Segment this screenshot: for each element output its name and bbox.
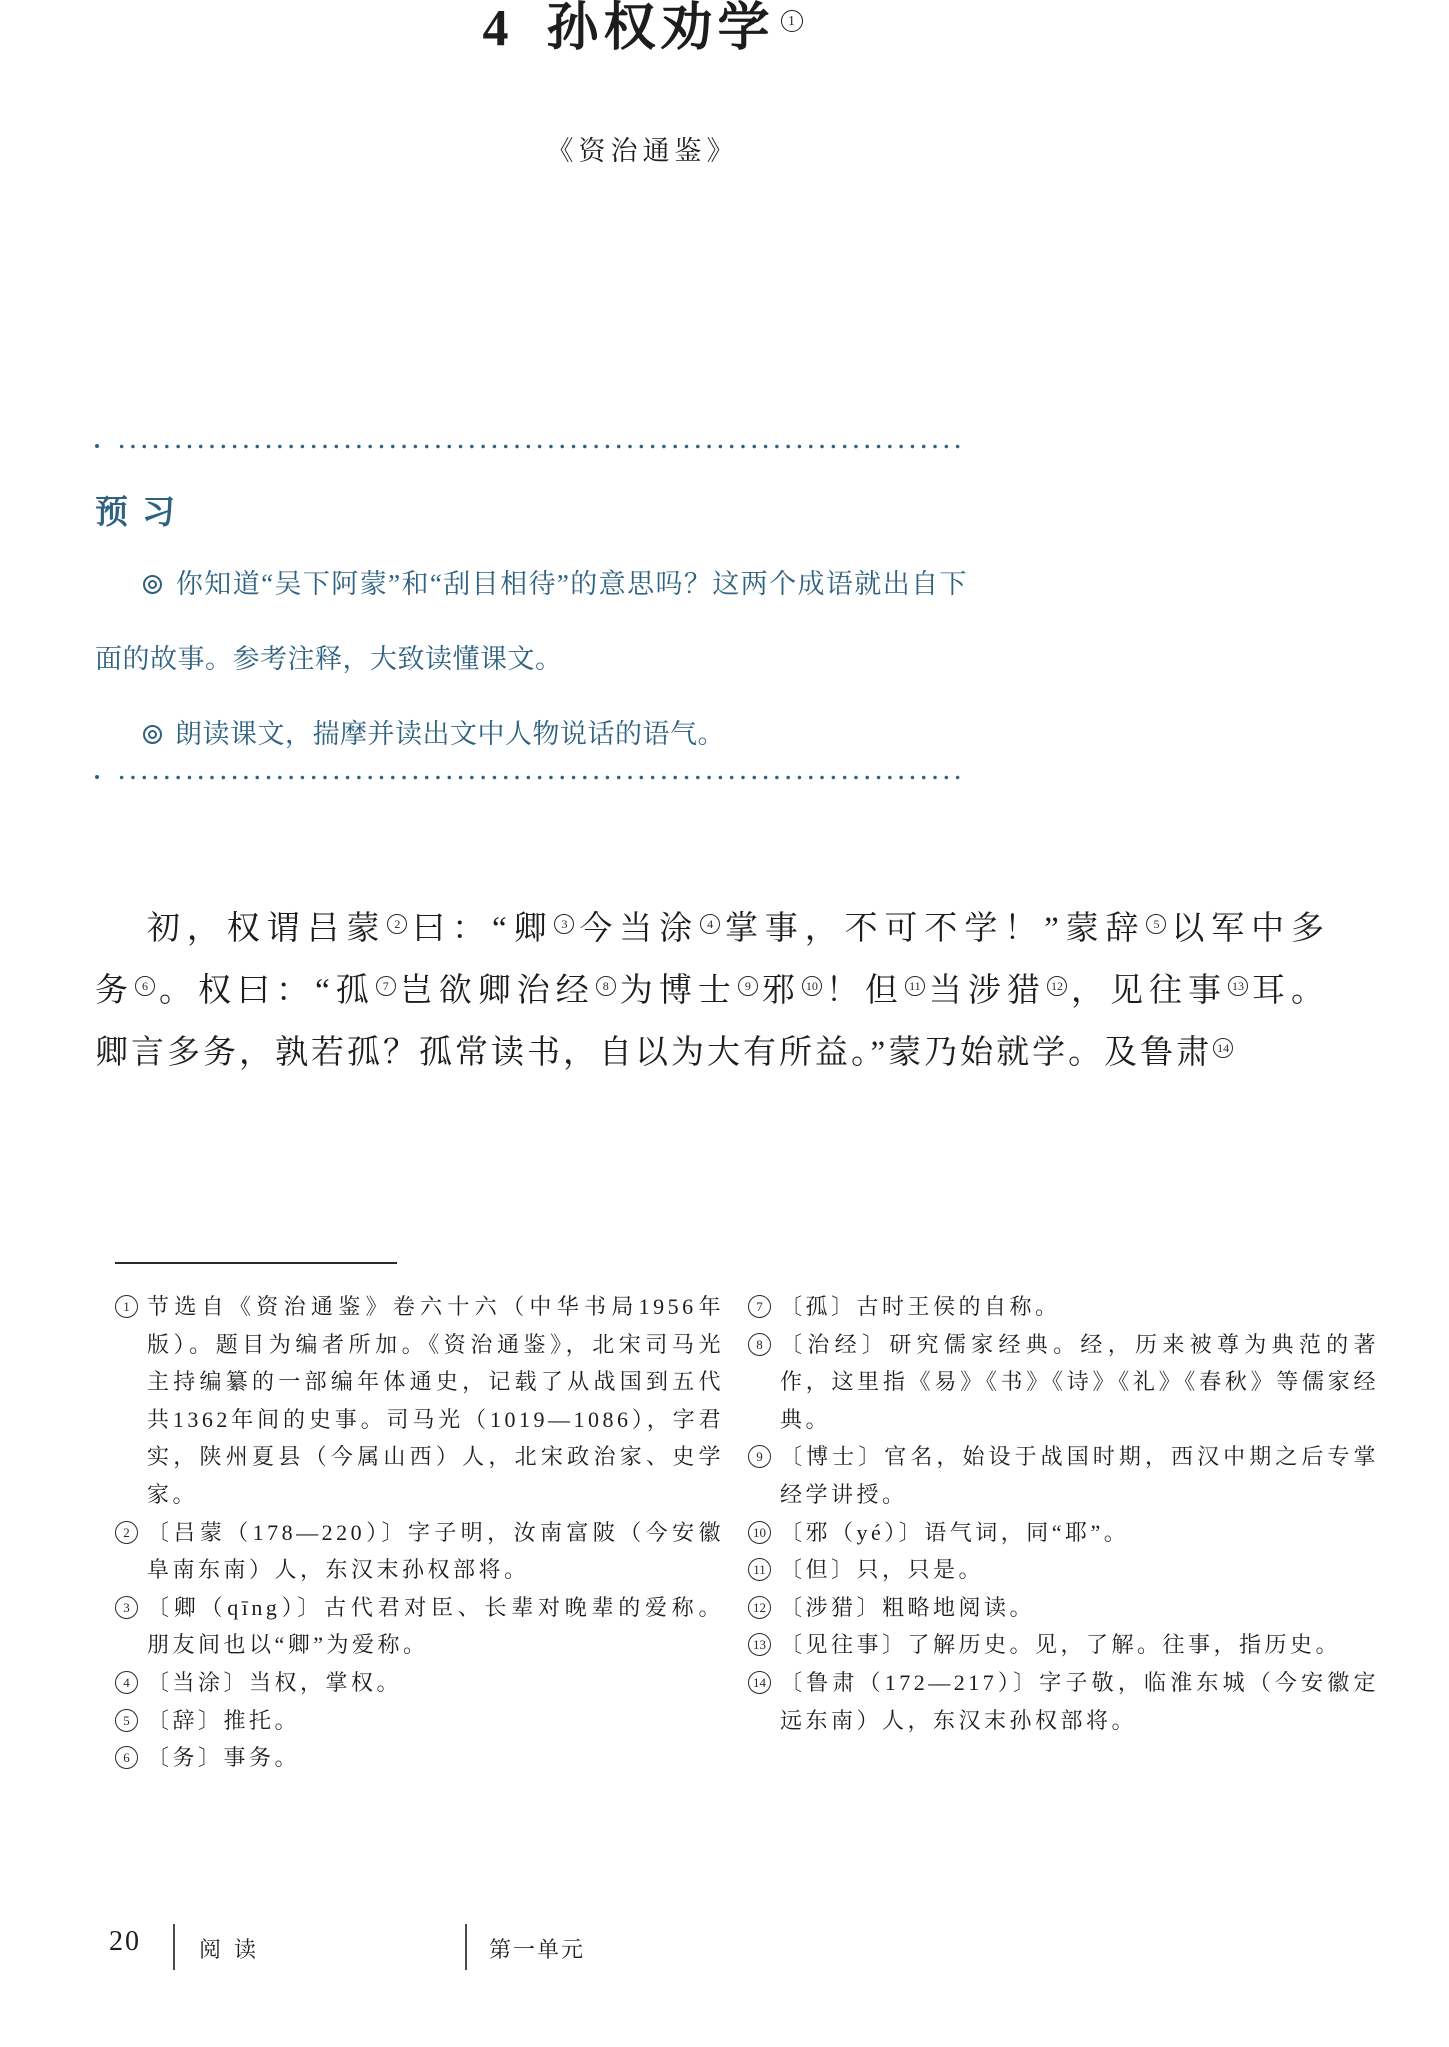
dotted-rule bbox=[116, 775, 967, 780]
preview-section: 预习 你知道“吴下阿蒙”和“刮目相待”的意思吗？这两个成语就出自下面的故事。参考… bbox=[95, 443, 967, 780]
footer-divider-1 bbox=[173, 1924, 175, 1970]
footnote-number-icon: 5 bbox=[115, 1709, 138, 1732]
footnote-text: 〔当涂〕当权，掌权。 bbox=[147, 1670, 402, 1695]
page-number: 20 bbox=[109, 1926, 141, 1958]
footnote-text: 〔见往事〕了解历史。见，了解。往事，指历史。 bbox=[780, 1632, 1341, 1657]
footnote-item: 6〔务〕事务。 bbox=[95, 1739, 724, 1777]
footer-divider-2 bbox=[465, 1924, 467, 1970]
footnote-column-right: 7〔孤〕古时王侯的自称。8〔治经〕研究儒家经典。经，历来被尊为典范的著作，这里指… bbox=[750, 1288, 1379, 1777]
footnote-number-icon: 12 bbox=[748, 1596, 771, 1619]
preview-item: 你知道“吴下阿蒙”和“刮目相待”的意思吗？这两个成语就出自下面的故事。参考注释，… bbox=[95, 547, 967, 697]
footnote-item: 8〔治经〕研究儒家经典。经，历来被尊为典范的著作，这里指《易》《书》《诗》《礼》… bbox=[750, 1326, 1379, 1439]
footnote-item: 14〔鲁肃（172—217）〕字子敬，临淮东城（今安徽定远东南）人，东汉末孙权部… bbox=[750, 1664, 1379, 1739]
footnote-item: 9〔博士〕官名，始设于战国时期，西汉中期之后专掌经学讲授。 bbox=[750, 1438, 1379, 1513]
footnote-number-icon: 8 bbox=[748, 1333, 771, 1356]
footnote-number-icon: 11 bbox=[748, 1558, 771, 1581]
footnote-columns: 1节选自《资治通鉴》卷六十六（中华书局1956年版）。题目为编者所加。《资治通鉴… bbox=[95, 1288, 1379, 1777]
lead-dot-icon bbox=[95, 444, 99, 448]
footnote-number-icon: 3 bbox=[115, 1596, 138, 1619]
footnote-number-icon: 13 bbox=[748, 1633, 771, 1656]
footnote-item: 11〔但〕只，只是。 bbox=[750, 1551, 1379, 1589]
footer-section-label: 阅读 bbox=[199, 1933, 269, 1964]
dotted-rule bbox=[116, 444, 967, 449]
footnote-column-left: 1节选自《资治通鉴》卷六十六（中华书局1956年版）。题目为编者所加。《资治通鉴… bbox=[95, 1288, 724, 1777]
footnote-item: 10〔邪（yé）〕语气词，同“耶”。 bbox=[750, 1514, 1379, 1552]
preview-item: 朗读课文，揣摩并读出文中人物说话的语气。 bbox=[95, 697, 967, 772]
footnote-item: 7〔孤〕古时王侯的自称。 bbox=[750, 1288, 1379, 1326]
page-footer: 20 阅读 第一单元 bbox=[95, 1926, 755, 1976]
footnote-number-icon: 7 bbox=[748, 1295, 771, 1318]
footnote-ref-icon: 7 bbox=[376, 976, 396, 996]
lesson-text-line: 务6。权曰：“孤7岂欲卿治经8为博士9邪10！但11当涉猎12，见往事13耳。 bbox=[95, 960, 1327, 1022]
footnote-item: 4〔当涂〕当权，掌权。 bbox=[95, 1664, 724, 1702]
footnote-ref-icon: 4 bbox=[700, 914, 720, 934]
footer-unit-label: 第一单元 bbox=[489, 1933, 585, 1964]
footnote-item: 3〔卿（qīng）〕古代君对臣、长辈对晚辈的爱称。朋友间也以“卿”为爱称。 bbox=[95, 1589, 724, 1664]
lesson-text: 初，权谓吕蒙2曰：“卿3今当涂4掌事，不可不学！”蒙辞5以军中多务6。权曰：“孤… bbox=[95, 898, 1327, 1084]
footnote-text: 〔但〕只，只是。 bbox=[780, 1557, 984, 1582]
lesson-number: 4 bbox=[482, 0, 508, 57]
footnote-text: 〔鲁肃（172—217）〕字子敬，临淮东城（今安徽定远东南）人，东汉末孙权部将。 bbox=[780, 1670, 1379, 1733]
footnote-ref-icon: 12 bbox=[1047, 976, 1067, 996]
footnote-item: 13〔见往事〕了解历史。见，了解。往事，指历史。 bbox=[750, 1626, 1379, 1664]
dotted-divider-top bbox=[95, 443, 967, 449]
footnote-text: 〔治经〕研究儒家经典。经，历来被尊为典范的著作，这里指《易》《书》《诗》《礼》《… bbox=[780, 1332, 1379, 1432]
lesson-header: 4孙权劝学1 《资治通鉴》 bbox=[0, 0, 1285, 168]
footnote-ref-icon: 3 bbox=[554, 914, 574, 934]
double-circle-bullet-icon bbox=[143, 575, 162, 594]
footnote-text: 〔孤〕古时王侯的自称。 bbox=[780, 1294, 1061, 1319]
footnote-text: 〔卿（qīng）〕古代君对臣、长辈对晚辈的爱称。朋友间也以“卿”为爱称。 bbox=[147, 1595, 724, 1658]
title-footnote-ref-icon: 1 bbox=[781, 10, 803, 32]
footnote-number-icon: 14 bbox=[748, 1671, 771, 1694]
footnote-text: 〔涉猎〕粗略地阅读。 bbox=[780, 1595, 1035, 1620]
footnote-number-icon: 2 bbox=[115, 1521, 138, 1544]
footnote-text: 〔辞〕推托。 bbox=[147, 1708, 300, 1733]
footnote-ref-icon: 6 bbox=[135, 976, 155, 996]
footnote-ref-icon: 9 bbox=[738, 976, 758, 996]
footnote-divider bbox=[115, 1262, 397, 1264]
footnote-number-icon: 9 bbox=[748, 1445, 771, 1468]
footnote-number-icon: 4 bbox=[115, 1671, 138, 1694]
footnote-item: 2〔吕蒙（178—220）〕字子明，汝南富陂（今安徽阜南东南）人，东汉末孙权部将… bbox=[95, 1514, 724, 1589]
footnote-ref-icon: 10 bbox=[802, 976, 822, 996]
footnote-item: 1节选自《资治通鉴》卷六十六（中华书局1956年版）。题目为编者所加。《资治通鉴… bbox=[95, 1288, 724, 1514]
footnote-item: 5〔辞〕推托。 bbox=[95, 1702, 724, 1740]
preview-items: 你知道“吴下阿蒙”和“刮目相待”的意思吗？这两个成语就出自下面的故事。参考注释，… bbox=[95, 547, 967, 772]
lesson-text-line: 卿言多务，孰若孤？孤常读书，自以为大有所益。”蒙乃始就学。及鲁肃14 bbox=[95, 1022, 1327, 1084]
footnote-ref-icon: 5 bbox=[1146, 914, 1166, 934]
preview-item-text: 你知道“吴下阿蒙”和“刮目相待”的意思吗？这两个成语就出自下面的故事。参考注释，… bbox=[95, 569, 967, 674]
source-attribution: 《资治通鉴》 bbox=[0, 129, 1285, 168]
preview-item-text: 朗读课文，揣摩并读出文中人物说话的语气。 bbox=[175, 719, 725, 749]
lesson-text-line: 初，权谓吕蒙2曰：“卿3今当涂4掌事，不可不学！”蒙辞5以军中多 bbox=[95, 898, 1327, 960]
footnote-text: 〔吕蒙（178—220）〕字子明，汝南富陂（今安徽阜南东南）人，东汉末孙权部将。 bbox=[147, 1520, 724, 1583]
double-circle-bullet-icon bbox=[143, 725, 162, 744]
footnote-item: 12〔涉猎〕粗略地阅读。 bbox=[750, 1589, 1379, 1627]
footnote-text: 〔博士〕官名，始设于战国时期，西汉中期之后专掌经学讲授。 bbox=[780, 1444, 1379, 1507]
footnote-ref-icon: 13 bbox=[1228, 976, 1248, 996]
footnote-number-icon: 6 bbox=[115, 1746, 138, 1769]
footnotes-section: 1节选自《资治通鉴》卷六十六（中华书局1956年版）。题目为编者所加。《资治通鉴… bbox=[95, 1240, 1379, 1777]
footnote-number-icon: 1 bbox=[115, 1295, 138, 1318]
footnote-text: 〔邪（yé）〕语气词，同“耶”。 bbox=[780, 1520, 1129, 1545]
footnote-ref-icon: 2 bbox=[387, 914, 407, 934]
footnote-ref-icon: 8 bbox=[596, 976, 616, 996]
footnote-ref-icon: 11 bbox=[905, 976, 925, 996]
footnote-number-icon: 10 bbox=[748, 1521, 771, 1544]
footnote-text: 〔务〕事务。 bbox=[147, 1745, 300, 1770]
dotted-divider-bottom bbox=[95, 774, 967, 780]
footnote-ref-icon: 14 bbox=[1213, 1038, 1233, 1058]
lesson-title: 4孙权劝学1 bbox=[0, 0, 1285, 57]
lead-dot-icon bbox=[95, 775, 99, 779]
lesson-title-text: 孙权劝学 bbox=[546, 0, 774, 57]
footnote-text: 节选自《资治通鉴》卷六十六（中华书局1956年版）。题目为编者所加。《资治通鉴》… bbox=[147, 1294, 724, 1507]
preview-heading: 预习 bbox=[95, 491, 967, 535]
